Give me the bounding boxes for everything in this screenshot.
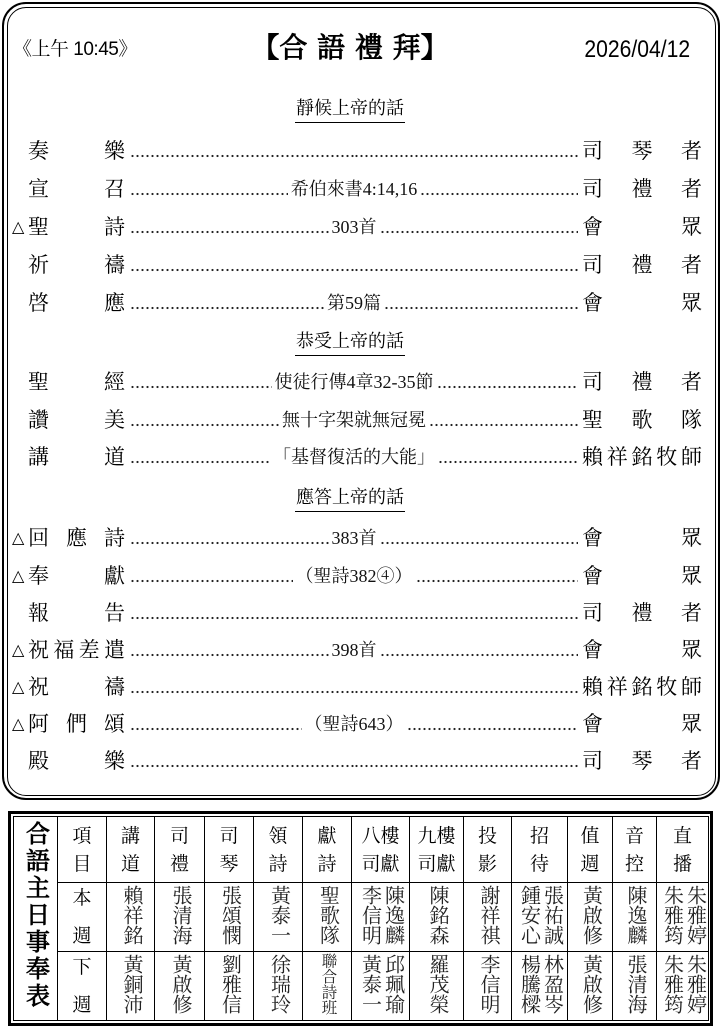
roster-cell: 朱雅婷朱雅筠 [657, 883, 709, 952]
roster-cell: 張清海 [613, 952, 657, 1021]
person-name: 黃啟修 [581, 954, 602, 1014]
dots [130, 704, 302, 742]
section-heading-text: 靜候上帝的話 [295, 97, 405, 123]
person-name: 劉雅信 [220, 954, 241, 1014]
person-name: 聯合詩班 [320, 953, 337, 1015]
dots [438, 437, 578, 475]
row-label-char: 下 [72, 956, 91, 978]
dots [407, 704, 579, 742]
section-heading: 靜候上帝的話 [0, 97, 700, 123]
item-label: 殿樂 [28, 745, 125, 775]
col-header-line: 影 [464, 850, 511, 878]
order-item: 祈禱 司禮者 [12, 245, 702, 283]
item-label: 祝福差遣 [28, 634, 125, 664]
person-name: 賴祥銘 [121, 885, 142, 945]
item-label: 奉獻 [28, 560, 125, 590]
dots [429, 400, 578, 438]
dots [130, 283, 324, 321]
col-header-organist: 司琴 [205, 817, 254, 883]
item-detail: 無十字架就無冠冕 [279, 406, 429, 432]
item-label: 回應詩 [28, 522, 125, 552]
item-detail: （聖詩382④） [293, 562, 416, 588]
col-header-line: 八樓 [352, 822, 409, 850]
item-leader: 司禮者 [582, 173, 702, 203]
item-leader: 司禮者 [582, 249, 702, 279]
row-label-char: 本 [72, 887, 91, 909]
roster-cell: 黃啟修 [568, 952, 613, 1021]
col-header-line: 司獻 [352, 850, 409, 878]
dot-leader: 無十字架就無冠冕 [130, 400, 578, 438]
item-label: 啓應 [28, 287, 125, 317]
dots [437, 362, 579, 400]
dots [130, 169, 288, 207]
item-leader: 司琴者 [582, 135, 702, 165]
row-label-char: 週 [72, 925, 91, 947]
item-label: 祝禱 [28, 671, 125, 701]
item-label: 聖詩 [28, 211, 125, 241]
item-leader: 會眾 [582, 708, 702, 738]
roster-cell: 邱珮瑜黃泰一 [352, 952, 410, 1021]
col-header-liturgist: 司禮 [155, 817, 205, 883]
roster-cell: 謝祥祺 [464, 883, 512, 952]
roster-row-next-week: 下週 黃銅沛 黃啟修 劉雅信 徐瑞玲 聯合詩班 邱珮瑜黃泰一 羅茂榮 李信明 林… [14, 952, 709, 1021]
person-name: 李信明 [360, 885, 381, 945]
item-leader: 會眾 [582, 560, 702, 590]
roster-cell: 張祐誠鍾安心 [512, 883, 568, 952]
col-header-9f-offering: 九樓司獻 [410, 817, 464, 883]
item-label: 聖經 [28, 366, 125, 396]
roster-cell: 李信明 [464, 952, 512, 1021]
dots [416, 556, 579, 594]
dots [130, 593, 354, 631]
order-item: 宣召 希伯來書4:14,16 司禮者 [12, 169, 702, 207]
order-item: △ 聖詩 303首 會眾 [12, 207, 702, 245]
item-label: 宣召 [28, 173, 125, 203]
person-name: 黃啟修 [581, 885, 602, 945]
person-name: 李信明 [478, 954, 499, 1014]
dot-leader [130, 741, 578, 779]
col-header-line: 道 [107, 850, 154, 878]
roster-cell: 黃泰一 [254, 883, 303, 952]
col-header-8f-offering: 八樓司獻 [352, 817, 410, 883]
item-detail: 383首 [329, 524, 380, 550]
item-leader: 會眾 [582, 211, 702, 241]
col-header-line: 項 [58, 822, 106, 850]
col-header-line: 司 [155, 822, 204, 850]
person-name: 朱雅婷 [685, 885, 706, 945]
roster-cell: 黃銅沛 [107, 952, 155, 1021]
col-header-line: 音 [613, 822, 656, 850]
service-date: 2026/04/12 [584, 35, 690, 65]
person-name: 羅茂榮 [427, 954, 448, 1014]
hymn-marker-icon: △ [12, 566, 28, 585]
section-heading: 應答上帝的話 [0, 486, 700, 512]
col-header-line: 詩 [254, 850, 302, 878]
dot-leader [130, 593, 578, 631]
order-item: 報告 司禮者 [12, 593, 702, 631]
dot-leader: 303首 [130, 207, 578, 245]
roster-cell: 林盈岑楊騰樑 [512, 952, 568, 1021]
person-name: 謝祥祺 [478, 885, 499, 945]
item-label: 祈禱 [28, 249, 125, 279]
col-header-line: 詩 [303, 850, 351, 878]
col-header-livestream: 直播 [657, 817, 709, 883]
person-name: 張清海 [170, 885, 191, 945]
dots [130, 400, 279, 438]
dots [354, 593, 578, 631]
item-label: 阿們頌 [28, 708, 125, 738]
item-detail: 「基督復活的大能」 [270, 443, 438, 469]
person-name: 黃泰一 [269, 885, 290, 945]
order-item: △ 奉獻 （聖詩382④） 會眾 [12, 556, 702, 594]
hymn-marker-icon: △ [12, 640, 28, 659]
col-header-line: 講 [107, 822, 154, 850]
col-header-line: 控 [613, 850, 656, 878]
roster-cell: 朱雅婷朱雅筠 [657, 952, 709, 1021]
col-header-line: 目 [58, 850, 106, 878]
order-item: △ 回應詩 383首 會眾 [12, 518, 702, 556]
dot-leader [130, 131, 578, 169]
order-item: 讚美 無十字架就無冠冕 聖歌隊 [12, 400, 702, 438]
roster-cell: 陳銘森 [410, 883, 464, 952]
dots [130, 556, 293, 594]
dots [354, 245, 578, 283]
dot-leader: （聖詩643） [130, 704, 578, 742]
person-name: 陳逸麟 [625, 885, 646, 945]
person-name: 黃泰一 [360, 954, 381, 1014]
item-leader: 司禮者 [582, 597, 702, 627]
order-item: 奏樂 司琴者 [12, 131, 702, 169]
dots [354, 131, 578, 169]
item-detail: 使徒行傳4章32-35節 [272, 368, 437, 394]
dot-leader: 398首 [130, 630, 578, 668]
col-header-line: 琴 [205, 850, 253, 878]
person-name: 朱雅筠 [662, 954, 683, 1014]
dots [380, 207, 579, 245]
item-detail: （聖詩643） [302, 710, 407, 736]
dot-leader: 使徒行傳4章32-35節 [130, 362, 578, 400]
dots [130, 741, 354, 779]
col-header-line: 播 [657, 850, 708, 878]
item-label: 奏樂 [28, 135, 125, 165]
order-item: △ 祝福差遣 398首 會眾 [12, 630, 702, 668]
col-header-line: 待 [512, 850, 567, 878]
person-name: 張祐誠 [542, 885, 563, 945]
order-item: 聖經 使徒行傳4章32-35節 司禮者 [12, 362, 702, 400]
roster-title-cell: 合語主日事奉表 [14, 817, 58, 1021]
person-name: 黃啟修 [170, 954, 191, 1014]
item-leader: 會眾 [582, 634, 702, 664]
item-leader: 會眾 [582, 287, 702, 317]
person-name: 張頌憫 [220, 885, 241, 945]
person-name: 陳銘森 [427, 885, 448, 945]
dots [130, 362, 272, 400]
roster-cell: 徐瑞玲 [254, 952, 303, 1021]
item-detail: 第59篇 [324, 289, 384, 315]
item-leader: 賴祥銘牧師 [582, 671, 702, 701]
dots [130, 518, 329, 556]
hymn-marker-icon: △ [12, 217, 28, 236]
item-leader: 司禮者 [582, 366, 702, 396]
hymn-marker-icon: △ [12, 714, 28, 733]
dots [420, 169, 578, 207]
dots [354, 741, 578, 779]
roster-title: 合語主日事奉表 [21, 821, 51, 1010]
section-heading: 恭受上帝的話 [0, 330, 700, 356]
dots [130, 437, 270, 475]
dot-leader [130, 667, 578, 705]
order-item: 講道 「基督復活的大能」 賴祥銘牧師 [12, 437, 702, 475]
hymn-marker-icon: △ [12, 677, 28, 696]
dot-leader: 希伯來書4:14,16 [130, 169, 578, 207]
row-label-this-week: 本週 [58, 883, 107, 952]
item-detail: 303首 [329, 213, 380, 239]
roster-header-row: 合語主日事奉表 項目 講道 司禮 司琴 領詩 獻詩 八樓司獻 九樓司獻 投影 招… [14, 817, 709, 883]
col-header-line: 投 [464, 822, 511, 850]
item-leader: 司琴者 [582, 745, 702, 775]
hymn-marker-icon: △ [12, 528, 28, 547]
person-name: 邱珮瑜 [383, 954, 404, 1014]
dots [130, 245, 354, 283]
dots [130, 630, 329, 668]
person-name: 徐瑞玲 [269, 954, 290, 1014]
duty-roster-table: 合語主日事奉表 項目 講道 司禮 司琴 領詩 獻詩 八樓司獻 九樓司獻 投影 招… [13, 816, 709, 1021]
roster-cell: 黃啟修 [568, 883, 613, 952]
col-header-ushers: 招待 [512, 817, 568, 883]
roster-cell: 張清海 [155, 883, 205, 952]
dot-leader [130, 245, 578, 283]
person-name: 鍾安心 [519, 885, 540, 945]
row-label-char: 週 [72, 994, 91, 1016]
person-name: 朱雅筠 [662, 885, 683, 945]
col-header-line: 禮 [155, 850, 204, 878]
order-item: 殿樂 司琴者 [12, 741, 702, 779]
dot-leader: （聖詩382④） [130, 556, 578, 594]
item-label: 報告 [28, 597, 125, 627]
dots [380, 630, 579, 668]
item-leader: 會眾 [582, 522, 702, 552]
col-header-line: 九樓 [410, 822, 463, 850]
roster-row-this-week: 本週 賴祥銘 張清海 張頌憫 黃泰一 聖歌隊 陳逸麟李信明 陳銘森 謝祥祺 張祐… [14, 883, 709, 952]
roster-cell: 黃啟修 [155, 952, 205, 1021]
item-label: 讚美 [28, 404, 125, 434]
order-item: △ 阿們頌 （聖詩643） 會眾 [12, 704, 702, 742]
roster-cell: 劉雅信 [205, 952, 254, 1021]
item-detail: 398首 [329, 636, 380, 662]
person-name: 黃銅沛 [121, 954, 142, 1014]
col-header-song-leader: 領詩 [254, 817, 303, 883]
roster-cell: 聖歌隊 [303, 883, 352, 952]
col-header-line: 招 [512, 822, 567, 850]
col-header-sound: 音控 [613, 817, 657, 883]
row-label-next-week: 下週 [58, 952, 107, 1021]
col-header-projection: 投影 [464, 817, 512, 883]
person-name: 張清海 [625, 954, 646, 1014]
dot-leader: 「基督復活的大能」 [130, 437, 578, 475]
col-header-line: 司獻 [410, 850, 463, 878]
roster-cell: 羅茂榮 [410, 952, 464, 1021]
roster-cell: 聯合詩班 [303, 952, 352, 1021]
duty-roster: 合語主日事奉表 項目 講道 司禮 司琴 領詩 獻詩 八樓司獻 九樓司獻 投影 招… [8, 811, 713, 1026]
section-heading-text: 應答上帝的話 [295, 486, 405, 512]
roster-cell: 賴祥銘 [107, 883, 155, 952]
col-header-anthem: 獻詩 [303, 817, 352, 883]
roster-cell: 張頌憫 [205, 883, 254, 952]
person-name: 陳逸麟 [383, 885, 404, 945]
item-leader: 聖歌隊 [582, 404, 702, 434]
col-header-line: 值 [568, 822, 612, 850]
dot-leader: 383首 [130, 518, 578, 556]
order-item: △ 祝禱 賴祥銘牧師 [12, 667, 702, 705]
dots [130, 207, 329, 245]
person-name: 聖歌隊 [318, 885, 339, 945]
item-detail: 希伯來書4:14,16 [288, 175, 421, 201]
dots [380, 518, 579, 556]
section-heading-text: 恭受上帝的話 [295, 330, 405, 356]
col-header-line: 領 [254, 822, 302, 850]
item-leader: 賴祥銘牧師 [582, 441, 702, 471]
dots [130, 131, 354, 169]
col-header-line: 直 [657, 822, 708, 850]
dots [354, 667, 578, 705]
person-name: 楊騰樑 [519, 954, 540, 1014]
item-label: 講道 [28, 441, 125, 471]
col-header-line: 司 [205, 822, 253, 850]
order-item: 啓應 第59篇 會眾 [12, 283, 702, 321]
col-header-weekly-duty: 值週 [568, 817, 613, 883]
dots [130, 667, 354, 705]
col-header-sermon: 講道 [107, 817, 155, 883]
person-name: 朱雅婷 [685, 954, 706, 1014]
col-header-line: 獻 [303, 822, 351, 850]
person-name: 林盈岑 [542, 954, 563, 1014]
dot-leader: 第59篇 [130, 283, 578, 321]
col-header-line: 週 [568, 850, 612, 878]
dots [384, 283, 578, 321]
col-header-item: 項目 [58, 817, 107, 883]
roster-cell: 陳逸麟李信明 [352, 883, 410, 952]
roster-cell: 陳逸麟 [613, 883, 657, 952]
